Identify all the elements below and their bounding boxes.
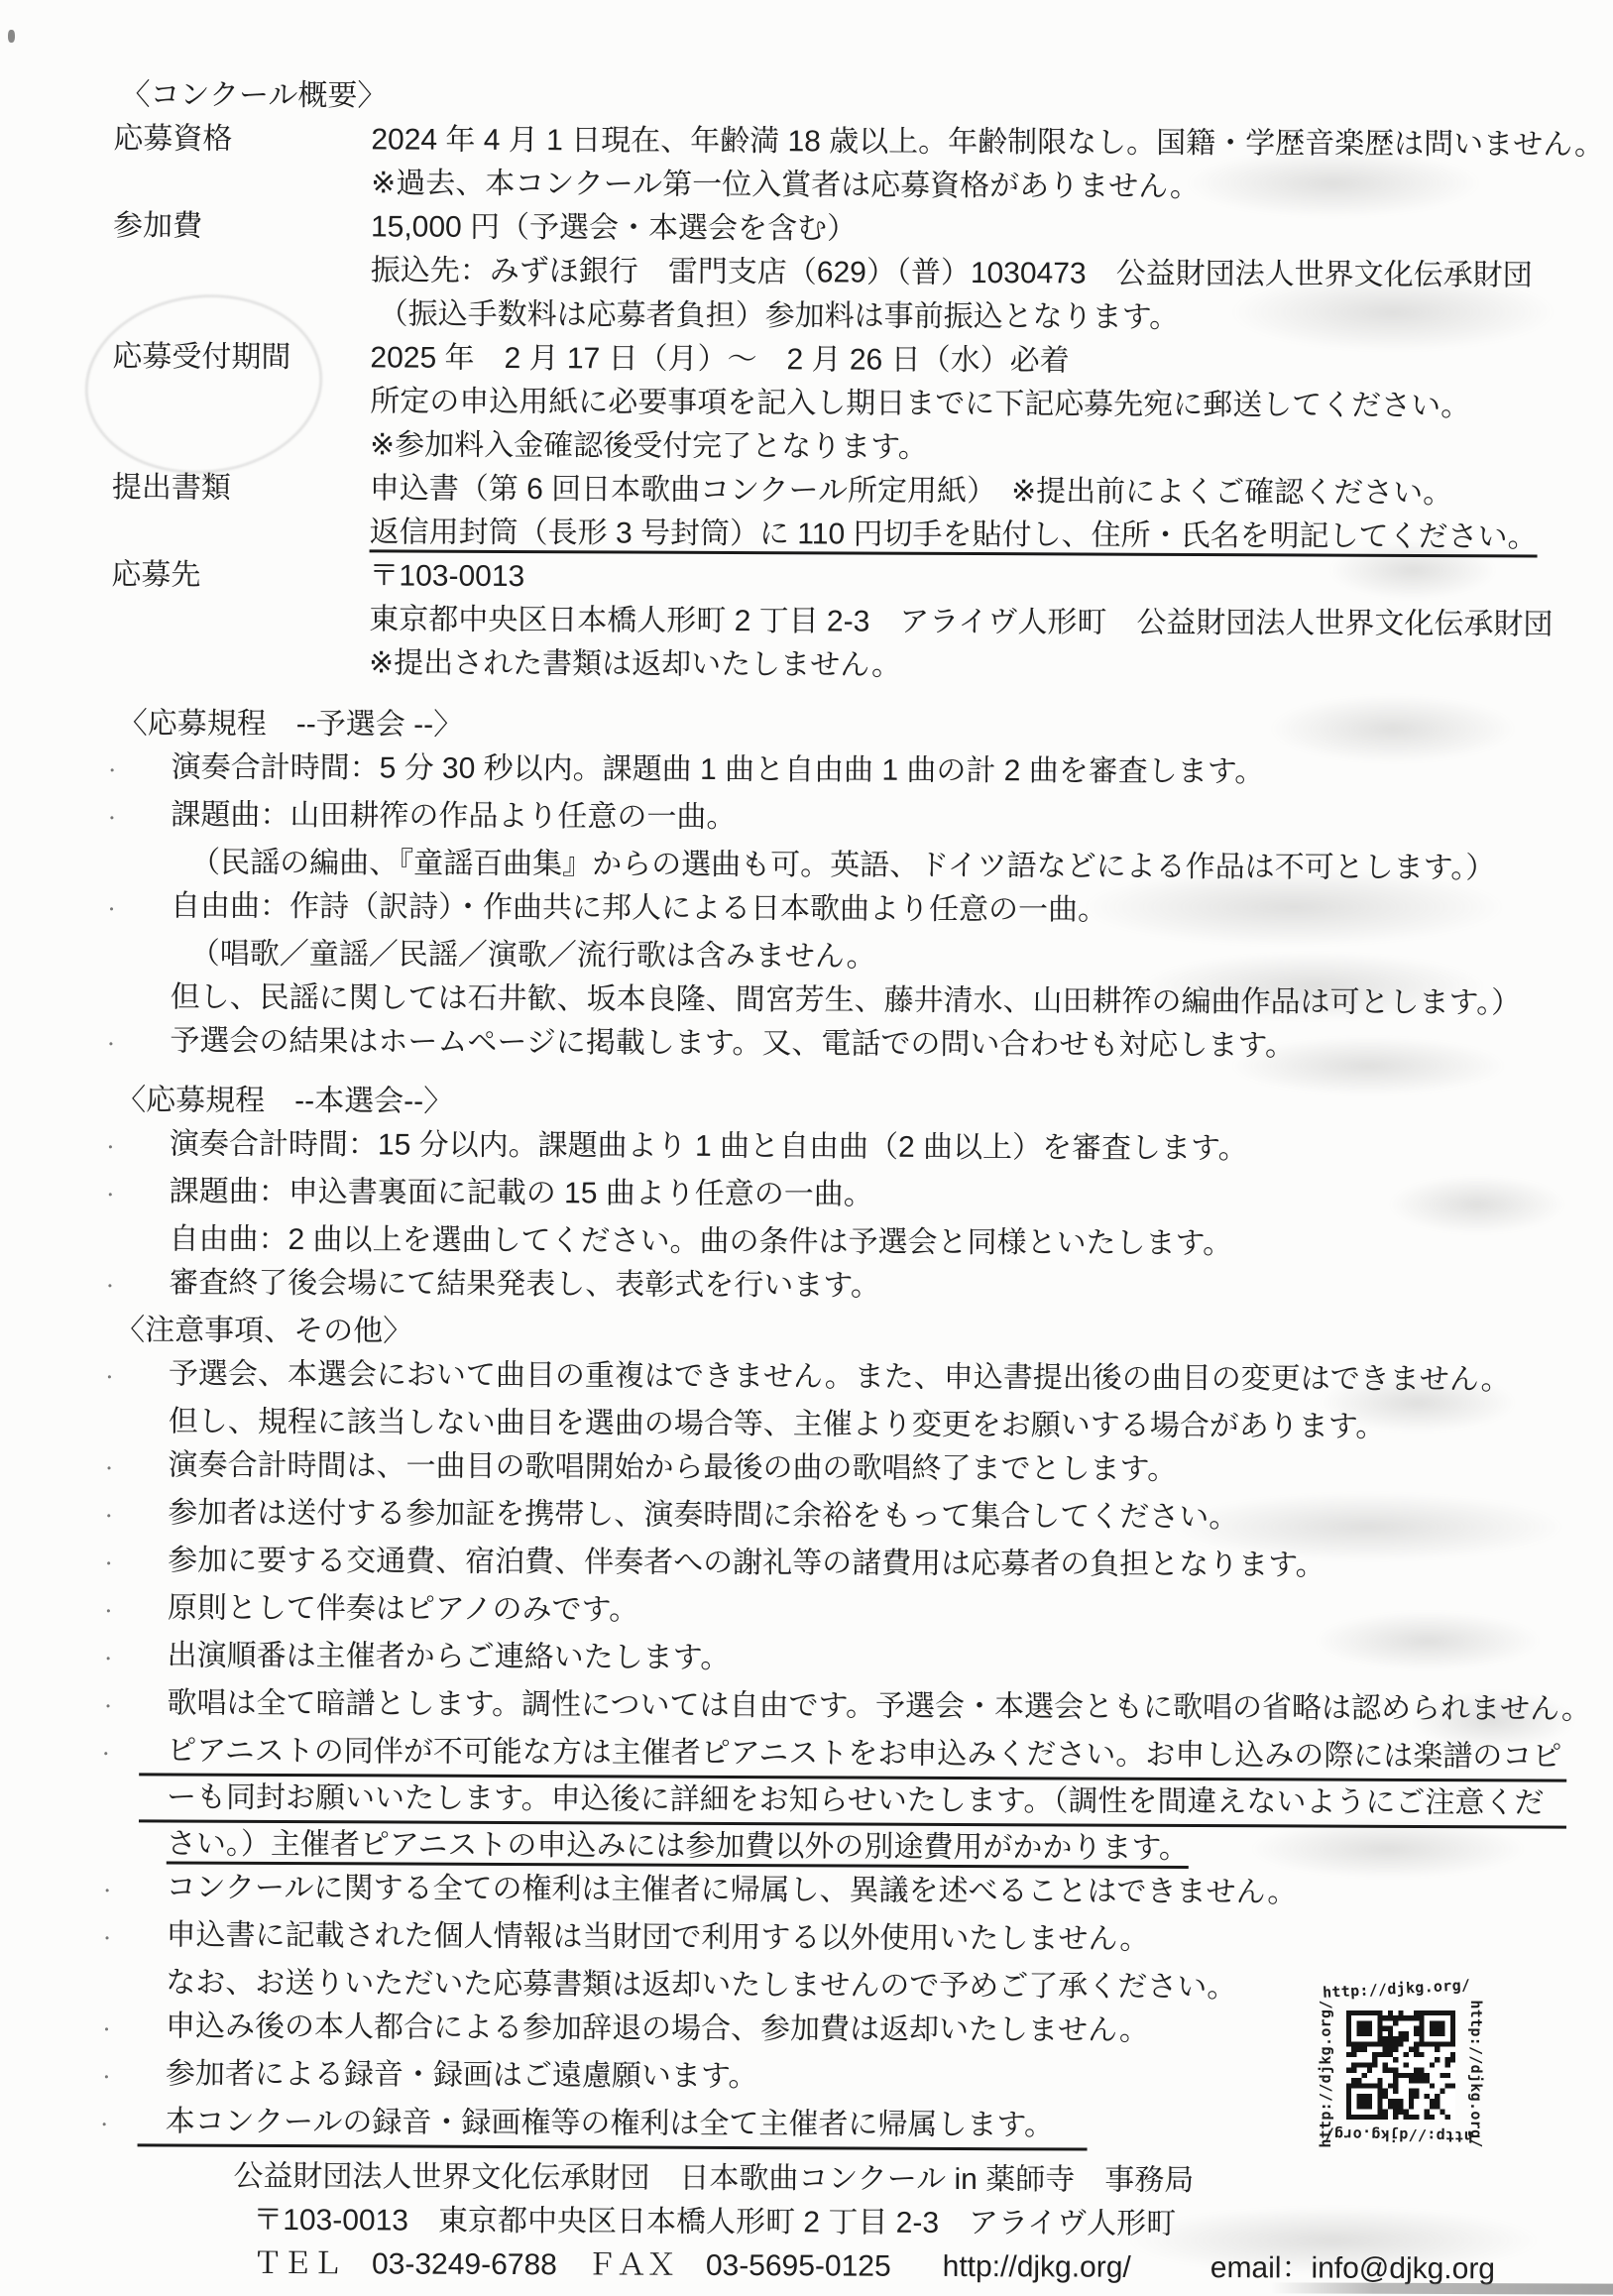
row-label: 参加費 (113, 204, 371, 249)
bullet-dot-icon (96, 2100, 113, 2147)
row-label: 応募先 (111, 553, 369, 598)
bullet-dot-icon (102, 1170, 170, 1217)
text-line: 2025 年 2 月 17 日（月）～ 2 月 26 日（水）必着 (370, 336, 1611, 385)
text-line: 演奏合計時間は、一曲目の歌唱開始から最後の曲の歌唱終了までとします。 (168, 1443, 1177, 1495)
text-line: 〒103-0013 (369, 554, 1610, 603)
bullet-item: 自由曲：作詩（訳詩）・作曲共に邦人による日本歌曲より任意の一曲。 (103, 884, 1609, 939)
bullet-dot-icon (98, 2052, 166, 2100)
bullet-item: 出演順番は主催者からご連絡いたします。 (100, 1634, 1606, 1688)
text-line: 演奏合計時間：5 分 30 秒以内。課題曲 1 曲と自由曲 1 曲の計 2 曲を… (172, 746, 1265, 798)
bullet-item-underlined: 本コンクールの録音・録画権等の権利は全て主催者に帰属します。 (138, 2100, 1088, 2150)
underlined-text: 本コンクールの録音・録画権等の権利は全て主催者に帰属します。 (166, 2105, 1055, 2141)
footer-email: email：info@djkg.org (1210, 2251, 1495, 2285)
bullet-item: 課題曲：申込書裏面に記載の 15 曲より任意の一曲。 (102, 1170, 1608, 1224)
bullet-item: 参加者は送付する参加証を携帯し、演奏時間に余裕をもって集合してください。 (100, 1491, 1606, 1546)
text-line: 但し、民謡に関しては石井歓、坂本良隆、間宮芳生、藤井清水、山田耕筰の編曲作品は可… (171, 976, 1609, 1025)
bullet-dot-icon (101, 1352, 169, 1400)
bullet-item: 演奏合計時間：5 分 30 秒以内。課題曲 1 曲と自由曲 1 曲の計 2 曲を… (104, 746, 1610, 800)
bullet-dot-icon (103, 884, 171, 932)
text-line: ※参加料入金確認後受付完了となります。 (370, 423, 1611, 472)
text-line: 申込み後の本人都合による参加辞退の場合、参加費は返却いたしません。 (166, 2005, 1149, 2056)
text-line: 出演順番は主催者からご連絡いたします。 (168, 1634, 731, 1683)
text-line: 課題曲：山田耕筰の作品より任意の一曲。 (171, 793, 736, 843)
bullet-dot-icon (100, 1539, 168, 1586)
section-heading-preliminary: 〈応募規程 --予選会 --〉 (118, 702, 1610, 752)
bullet-dot-icon (101, 1261, 169, 1309)
text-line: 参加に要する交通費、宿泊費、伴奏者への謝礼等の諸費用は応募者の負担となります。 (168, 1539, 1325, 1591)
bullet-item: 予選会の結果はホームページに掲載します。又、電話での問い合わせも対応します。 (102, 1019, 1608, 1074)
qr-code (1346, 2010, 1455, 2120)
bullet-dot-icon (100, 1491, 168, 1539)
section-heading-overview: 〈コンクール概要〉 (120, 73, 1612, 124)
bullet-item: 歌唱は全て暗譜とします。調性については自由です。予選会・本選会ともに歌唱の省略は… (99, 1681, 1605, 1736)
underlined-text: ーも同封お願いいたします。申込後に詳細をお知らせいたします。（調性を間違えないよ… (167, 1780, 1544, 1819)
text-line-underlined: ーも同封お願いいたします。申込後に詳細をお知らせいたします。（調性を間違えないよ… (139, 1776, 1566, 1828)
row-label: 応募受付期間 (112, 335, 370, 380)
text-line: 歌唱は全て暗譜とします。調性については自由です。予選会・本選会ともに歌唱の省略は… (167, 1681, 1591, 1735)
text-line: 参加者による録音・録画はご遠慮願います。 (166, 2052, 758, 2103)
bullet-item: 申込書に記載された個人情報は当財団で利用する以外使用いたしません。 (98, 1913, 1604, 1968)
bullet-item-underlined: ピアニストの同伴が不可能な方は主催者ピアニストをお申込みください。お申し込みの際… (139, 1729, 1566, 1781)
text-line: 15,000 円（予選会・本選会を含む） (371, 205, 1612, 254)
overview-row-fee: 参加費 15,000 円（予選会・本選会を含む） 振込先：みずほ銀行 雷門支店（… (113, 204, 1613, 342)
underlined-text: さい。）主催者ピアニストの申込みには参加費以外の別途費用がかかります。 (167, 1827, 1189, 1868)
bullet-dot-icon (98, 2005, 166, 2052)
overview-row-address: 応募先 〒103-0013 東京都中央区日本橋人形町 2 丁目 2-3 アライヴ… (111, 553, 1611, 691)
scanned-document-page: 〈コンクール概要〉 応募資格 2024 年 4 月 1 日現在、年齢満 18 歳… (0, 0, 1613, 2296)
footer-organizer-line: 公益財団法人世界文化伝承財団 日本歌曲コンクール in 薬師寺 事務局 (233, 2155, 1603, 2205)
bullet-item: コンクールに関する全ての権利は主催者に帰属し、異議を述べることはできません。 (99, 1866, 1605, 1920)
bullet-item: 予選会、本選会において曲目の重複はできません。また、申込書提出後の曲目の変更はで… (101, 1352, 1607, 1407)
text-line: 自由曲：作詩（訳詩）・作曲共に邦人による日本歌曲より任意の一曲。 (171, 884, 1107, 936)
footer-url: http://djkg.org/ (943, 2250, 1131, 2284)
bullet-dot-icon (99, 1866, 167, 1913)
text-line: 東京都中央区日本橋人形町 2 丁目 2-3 アライヴ人形町 公益財団法人世界文化… (369, 598, 1610, 646)
text-line: 所定の申込用紙に必要事項を記入し期日までに下記応募先宛に郵送してください。 (370, 380, 1611, 428)
text-line: ※過去、本コンクール第一位入賞者は応募資格がありません。 (371, 162, 1612, 210)
qr-code-block: http://djkg.org/ http://djkg.org/ http:/… (1311, 1981, 1489, 2151)
text-line: さい。）主催者ピアニストの申込みには参加費以外の別途費用がかかります。 (167, 1822, 1605, 1872)
text-line: ※提出された書類は返却いたしません。 (369, 641, 1610, 690)
text-line: 振込先：みずほ銀行 雷門支店（629）（普）1030473 公益財団法人世界文化… (371, 249, 1612, 297)
footer-tel-fax: ＴＥＬ 03-3249-6788 ＦＡＸ 03-5695-0125 (253, 2247, 891, 2283)
bullet-item: 課題曲：山田耕筰の作品より任意の一曲。 (103, 793, 1609, 848)
bullet-dot-icon (100, 1586, 168, 1634)
overview-row-period: 応募受付期間 2025 年 2 月 17 日（月）～ 2 月 26 日（水）必着… (112, 335, 1612, 473)
text-line: 但し、規程に該当しない曲目を選曲の場合等、主催より変更をお願いする場合があります… (169, 1400, 1607, 1449)
text-line: 演奏合計時間：15 分以内。課題曲より 1 曲と自由曲（2 曲以上）を審査します… (170, 1122, 1248, 1175)
bullet-item: 原則として伴奏はピアノのみです。 (100, 1586, 1606, 1641)
qr-caption-top: http://djkg.org/ (1323, 1977, 1471, 2001)
bullet-dot-icon (98, 1913, 166, 1961)
bullet-dot-icon (99, 1681, 167, 1729)
qr-caption-right: http://djkg.org/ (1468, 2000, 1484, 2148)
overview-row-eligibility: 応募資格 2024 年 4 月 1 日現在、年齢満 18 歳以上。年齢制限なし。… (113, 117, 1612, 211)
bullet-item: 審査終了後会場にて結果発表し、表彰式を行います。 (101, 1261, 1607, 1316)
bullet-dot-icon (97, 1729, 114, 1777)
section-heading-final: 〈応募規程 --本選会--〉 (116, 1079, 1608, 1129)
qr-caption-bottom: http://djkg.org/ (1325, 2126, 1473, 2145)
text-line: 申込書に記載された個人情報は当財団で利用する以外使用いたしません。 (166, 1913, 1149, 1965)
text-line: 参加者は送付する参加証を携帯し、演奏時間に余裕をもって集合してください。 (168, 1491, 1238, 1544)
document-content: 〈コンクール概要〉 応募資格 2024 年 4 月 1 日現在、年齢満 18 歳… (0, 0, 1613, 2292)
text-line: 原則として伴奏はピアノのみです。 (168, 1586, 638, 1636)
bullet-dot-icon (102, 1122, 170, 1170)
bullet-dot-icon (100, 1634, 168, 1681)
text-line: （振込手数料は応募者負担）参加料は事前振込となります。 (371, 292, 1612, 341)
text-line: 審査終了後会場にて結果発表し、表彰式を行います。 (169, 1261, 880, 1312)
overview-row-documents: 提出書類 申込書（第 6 回日本歌曲コンクール所定用紙） ※提出前によくご確認く… (112, 466, 1611, 560)
text-line: 予選会の結果はホームページに掲載します。又、電話での問い合わせも対応します。 (170, 1019, 1295, 1072)
text-line: 自由曲：2 曲以上を選曲してください。曲の条件は予選会と同様といたします。 (169, 1217, 1607, 1267)
underlined-text: 返信用封筒（長形 3 号封筒）に 110 円切手を貼付し、住所・氏名を明記してく… (370, 516, 1538, 557)
bullet-dot-icon (100, 1443, 168, 1491)
text-line: 返信用封筒（長形 3 号封筒）に 110 円切手を貼付し、住所・氏名を明記してく… (370, 511, 1611, 559)
text-line: 課題曲：申込書裏面に記載の 15 曲より任意の一曲。 (170, 1170, 873, 1220)
bullet-dot-icon (104, 746, 172, 793)
bullet-item: 演奏合計時間は、一曲目の歌唱開始から最後の曲の歌唱終了までとします。 (100, 1443, 1606, 1498)
row-label: 応募資格 (113, 117, 371, 162)
scan-edge-artifact (1271, 2282, 1613, 2294)
footer-address-line: 〒103-0013 東京都中央区日本橋人形町 2 丁目 2-3 アライヴ人形町 (253, 2199, 1603, 2248)
text-line: 予選会、本選会において曲目の重複はできません。また、申込書提出後の曲目の変更はで… (169, 1352, 1511, 1406)
text-line: コンクールに関する全ての権利は主催者に帰属し、異議を述べることはできません。 (167, 1866, 1298, 1918)
text-line: 申込書（第 6 回日本歌曲コンクール所定用紙） ※提出前によくご確認ください。 (370, 467, 1611, 516)
text-line: （唱歌／童謡／民謡／演歌／流行歌は含みません。 (190, 933, 1609, 982)
bullet-item: 参加に要する交通費、宿泊費、伴奏者への謝礼等の諸費用は応募者の負担となります。 (100, 1539, 1606, 1593)
text-line: （民謡の編曲、『童謡百曲集』からの選曲も可。英語、ドイツ語などによる作品は不可と… (190, 842, 1609, 891)
underlined-text: ピアニストの同伴が不可能な方は主催者ピアニストをお申込みください。お申し込みの際… (167, 1734, 1561, 1773)
text-line: 2024 年 4 月 1 日現在、年齢満 18 歳以上。年齢制限なし。国籍・学歴… (371, 118, 1612, 167)
row-label: 提出書類 (112, 466, 370, 511)
section-heading-notes: 〈注意事項、その他〉 (115, 1309, 1607, 1359)
bullet-dot-icon (102, 1019, 170, 1067)
bullet-dot-icon (103, 793, 171, 841)
bullet-item: 演奏合計時間：15 分以内。課題曲より 1 曲と自由曲（2 曲以上）を審査します… (102, 1122, 1608, 1177)
